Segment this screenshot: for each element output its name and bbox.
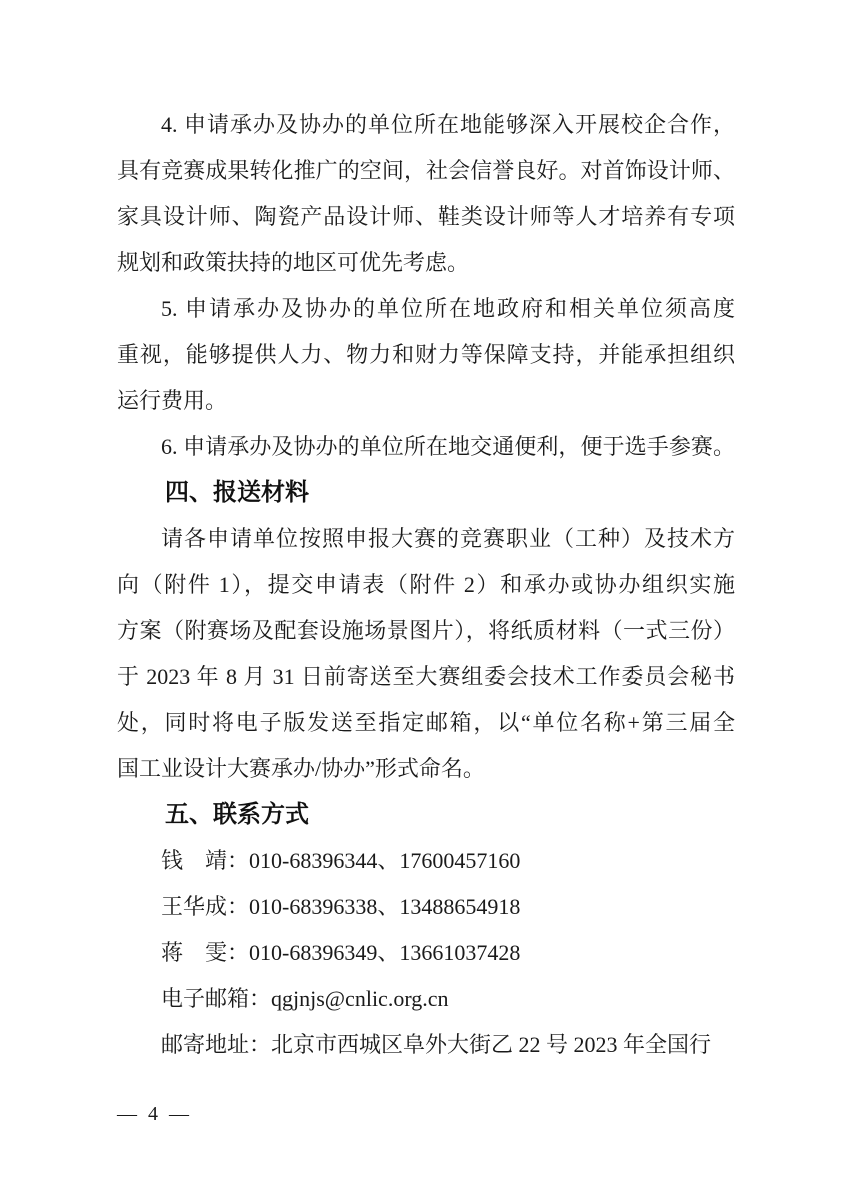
contact-line-wanghuacheng: 王华成：010-68396338、13488654918: [117, 884, 735, 930]
section-heading-contact: 五、联系方式: [117, 792, 735, 838]
paragraph-item6-line-1: 6. 申请承办及协办的单位所在地交通便利，便于选手参赛。: [117, 424, 735, 470]
document-body: 4. 申请承办及协办的单位所在地能够深入开展校企合作， 具有竞赛成果转化推广的空…: [117, 102, 735, 1068]
contact-label: 钱 靖：: [161, 848, 249, 873]
contact-line-mailing-address: 邮寄地址：北京市西城区阜外大街乙 22 号 2023 年全国行: [117, 1022, 735, 1068]
contact-address-value: 北京市西城区阜外大街乙 22 号 2023 年全国行: [271, 1032, 711, 1057]
paragraph-materials-line-1: 请各申请单位按照申报大赛的竞赛职业（工种）及技术方: [117, 516, 735, 562]
paragraph-item4-line-3: 家具设计师、陶瓷产品设计师、鞋类设计师等人才培养有专项: [117, 194, 735, 240]
paragraph-item5-line-2: 重视，能够提供人力、物力和财力等保障支持，并能承担组织: [117, 332, 735, 378]
paragraph-item4-line-4: 规划和政策扶持的地区可优先考虑。: [117, 240, 735, 286]
contact-line-jiangwen: 蒋 雯：010-68396349、13661037428: [117, 930, 735, 976]
contact-label: 王华成：: [161, 894, 249, 919]
page-number: — 4 —: [117, 1094, 192, 1134]
contact-label: 电子邮箱：: [161, 986, 271, 1011]
paragraph-item4-line-1: 4. 申请承办及协办的单位所在地能够深入开展校企合作，: [117, 102, 735, 148]
contact-value: 010-68396338、13488654918: [249, 894, 520, 919]
contact-label: 邮寄地址：: [161, 1032, 271, 1057]
contact-line-qianjing: 钱 靖：010-68396344、17600457160: [117, 838, 735, 884]
paragraph-materials-line-5: 处，同时将电子版发送至指定邮箱，以“单位名称+第三届全: [117, 700, 735, 746]
paragraph-item5-line-1: 5. 申请承办及协办的单位所在地政府和相关单位须高度: [117, 286, 735, 332]
paragraph-materials-line-4: 于 2023 年 8 月 31 日前寄送至大赛组委会技术工作委员会秘书: [117, 654, 735, 700]
paragraph-materials-line-2: 向（附件 1），提交申请表（附件 2）和承办或协办组织实施: [117, 562, 735, 608]
paragraph-item5-line-3: 运行费用。: [117, 378, 735, 424]
contact-value: 010-68396349、13661037428: [249, 940, 520, 965]
paragraph-materials-line-6: 国工业设计大赛承办/协办”形式命名。: [117, 746, 735, 792]
contact-value: 010-68396344、17600457160: [249, 848, 520, 873]
contact-label: 蒋 雯：: [161, 940, 249, 965]
document-page: 4. 申请承办及协办的单位所在地能够深入开展校企合作， 具有竞赛成果转化推广的空…: [0, 0, 848, 1200]
paragraph-item4-line-2: 具有竞赛成果转化推广的空间，社会信誉良好。对首饰设计师、: [117, 148, 735, 194]
contact-email-value: qgjnjs@cnlic.org.cn: [271, 986, 449, 1011]
paragraph-materials-line-3: 方案（附赛场及配套设施场景图片），将纸质材料（一式三份）: [117, 608, 735, 654]
contact-line-email: 电子邮箱：qgjnjs@cnlic.org.cn: [117, 976, 735, 1022]
section-heading-materials: 四、报送材料: [117, 470, 735, 516]
